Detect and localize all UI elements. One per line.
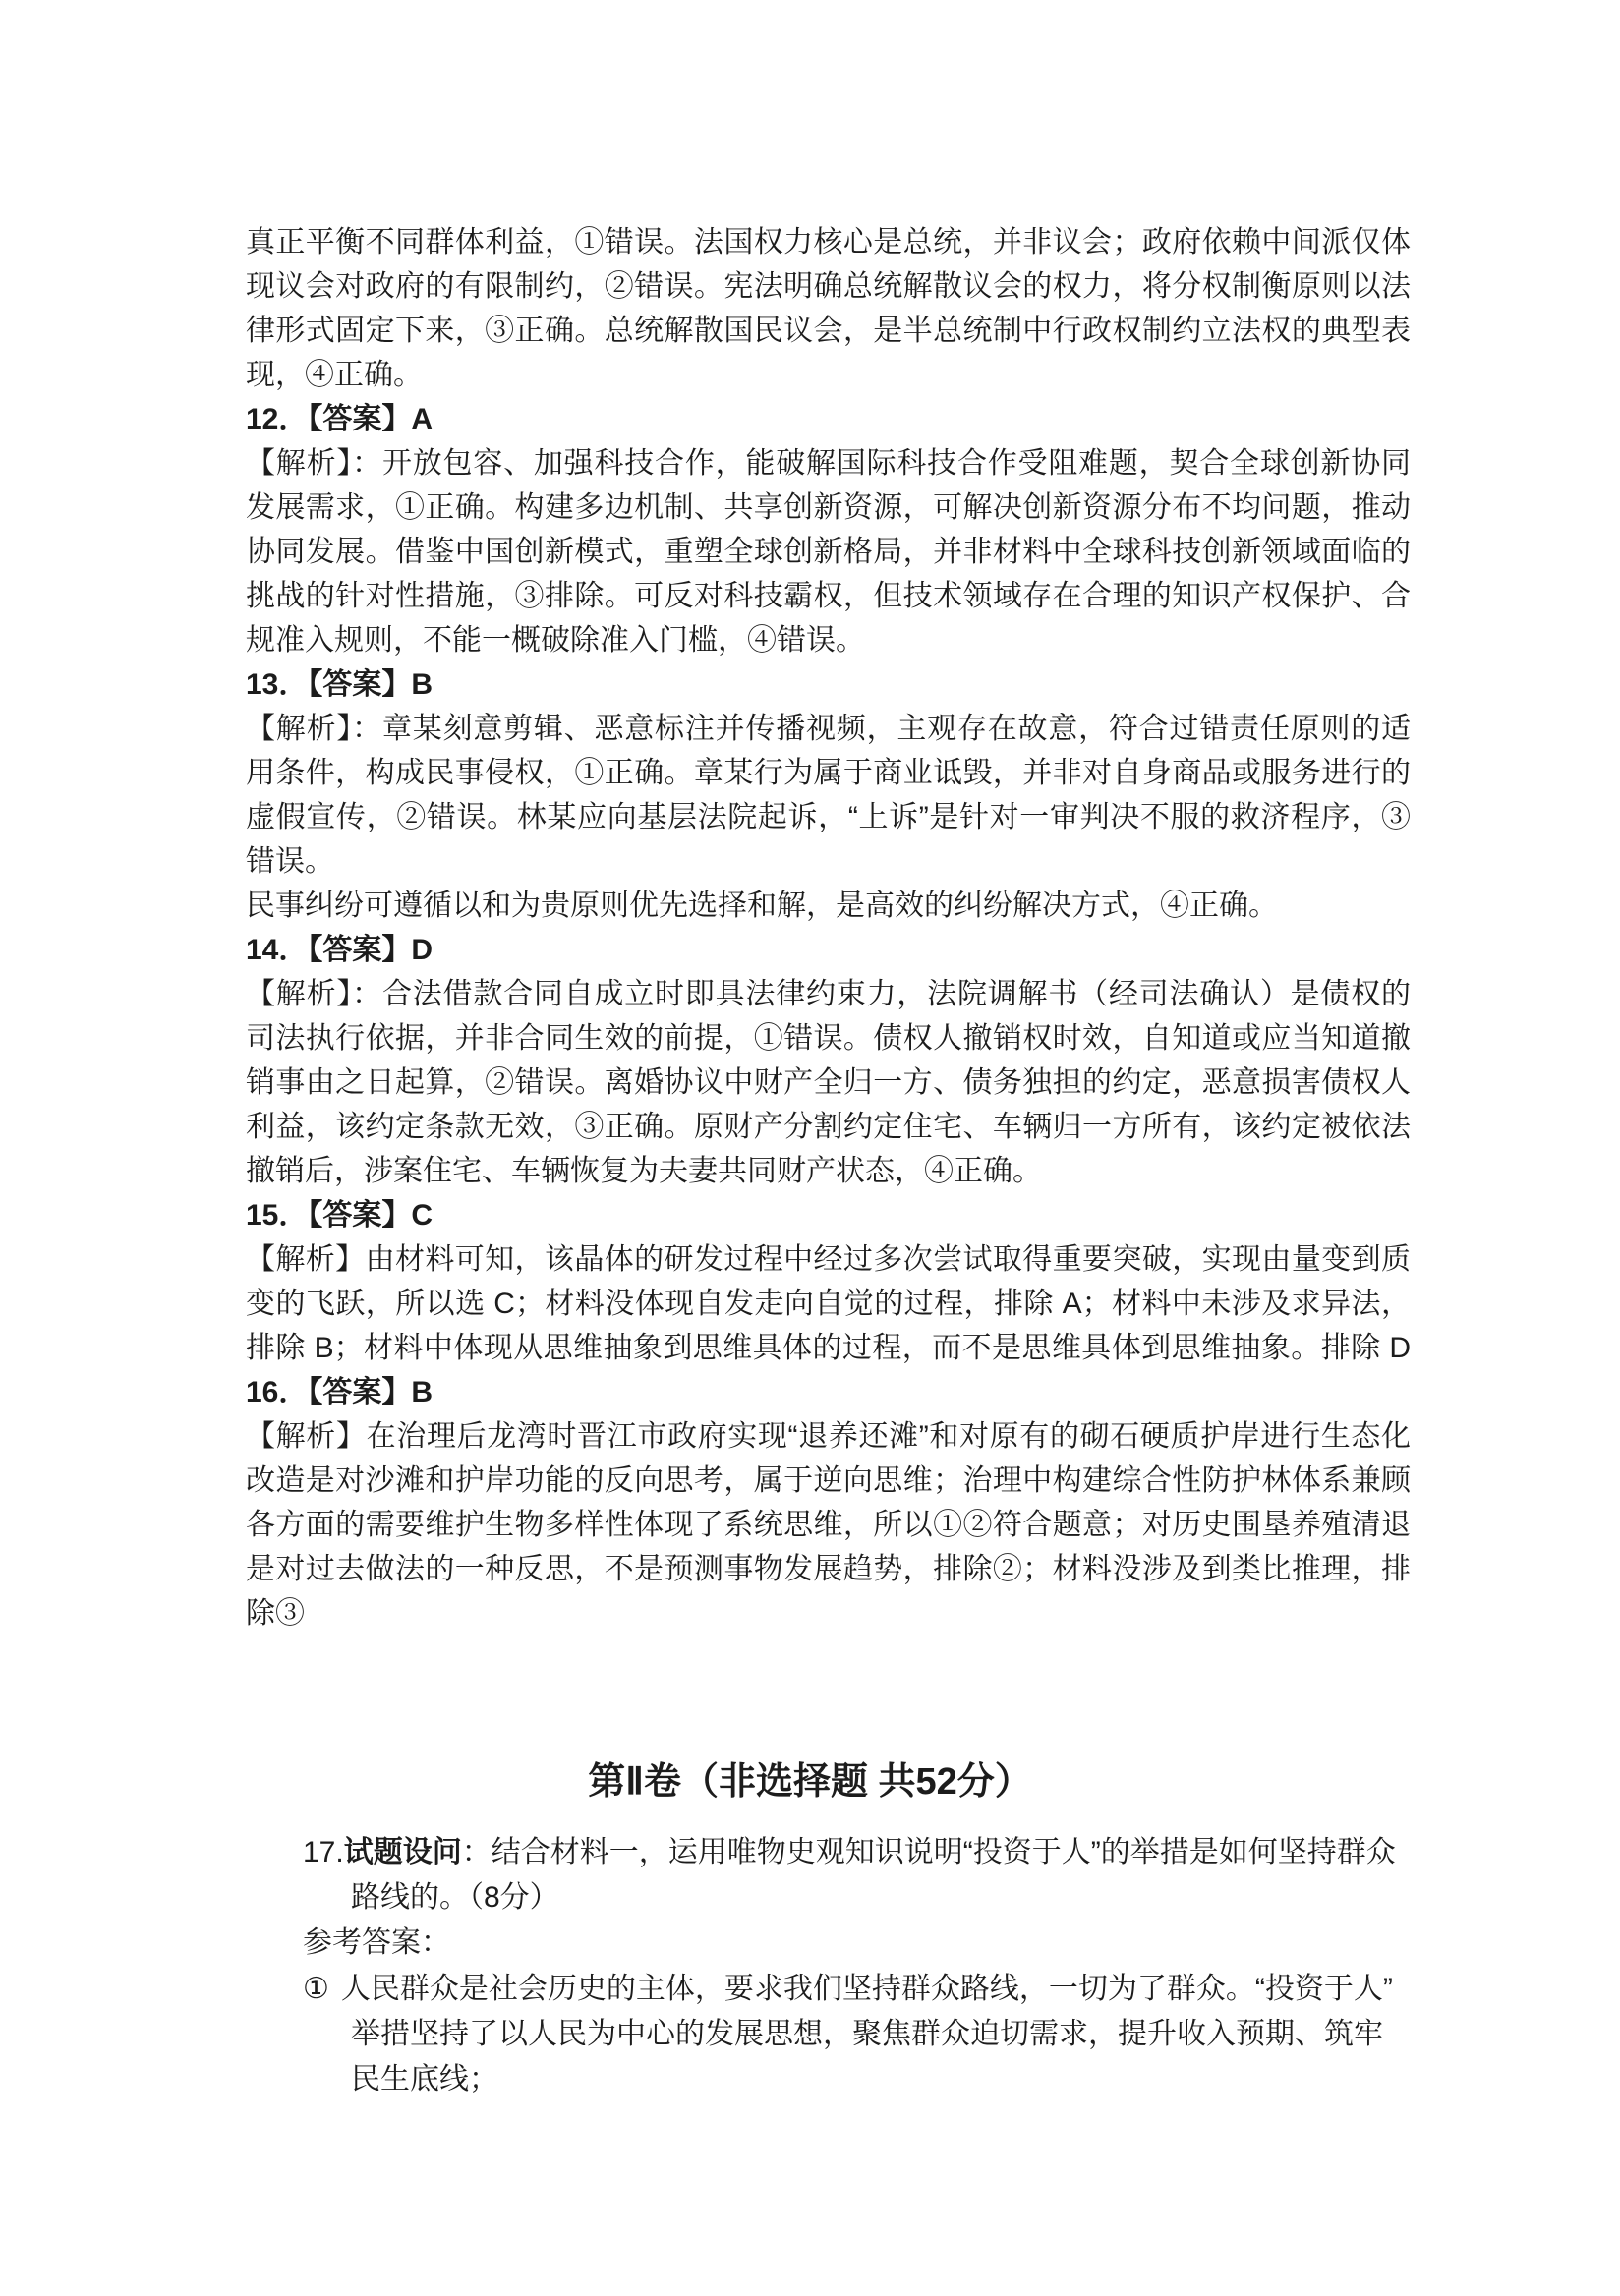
- text-line: 挑战的针对性措施，③排除。可反对科技霸权，但技术领域存在合理的知识产权保护、合: [246, 574, 1411, 618]
- text-line: 规准入规则，不能一概破除准入门槛，④错误。: [246, 618, 1411, 662]
- text-line: 除③: [246, 1591, 1411, 1636]
- text-line: 利益，该约定条款无效，③正确。原财产分割约定住宅、车辆归一方所有，该约定被依法: [246, 1105, 1411, 1149]
- answer-item-1-line2: 举措坚持了以人民为中心的发展思想，聚焦群众迫切需求，提升收入预期、筑牢: [351, 2012, 1383, 2056]
- answer-line: 16．【答案】B: [246, 1370, 1411, 1414]
- text-line: 民事纠纷可遵循以和为贵原则优先选择和解，是高效的纠纷解决方式，④正确。: [246, 884, 1411, 928]
- answer-line: 13．【答案】B: [246, 662, 1411, 707]
- text-line: 各方面的需要维护生物多样性体现了系统思维，所以①②符合题意；对历史围垦养殖清退: [246, 1503, 1411, 1547]
- text-line: 司法执行依据，并非合同生效的前提，①错误。债权人撤销权时效，自知道或应当知道撤: [246, 1016, 1411, 1061]
- text-line: 撤销后，涉案住宅、车辆恢复为夫妻共同财产状态，④正确。: [246, 1149, 1411, 1193]
- question-17-text: ：结合材料一，运用唯物史观知识说明“投资于人”的举措是如何坚持群众: [462, 1836, 1396, 1868]
- question-17-number: 17.: [303, 1836, 344, 1868]
- text-line: 现，④正确。: [246, 353, 1411, 397]
- text-line: 律形式固定下来，③正确。总统解散国民议会，是半总统制中行政权制约立法权的典型表: [246, 309, 1411, 353]
- reference-answer-label: 参考答案：: [303, 1921, 450, 1965]
- question-17-label: 试题设问: [344, 1836, 462, 1868]
- text-line: 改造是对沙滩和护岸功能的反向思考，属于逆向思维；治理中构建综合性防护林体系兼顾: [246, 1459, 1411, 1503]
- answer-line: 15．【答案】C: [246, 1193, 1411, 1237]
- text-line: 协同发展。借鉴中国创新模式，重塑全球创新格局，并非材料中全球科技创新领域面临的: [246, 530, 1411, 574]
- answer-line: 14．【答案】D: [246, 928, 1411, 972]
- answer-item-1-marker: ①: [303, 1967, 329, 2011]
- answer-item-1-line1: ①人民群众是社会历史的主体，要求我们坚持群众路线，一切为了群众。“投资于人”: [303, 1967, 1393, 2011]
- answer-item-1-line3: 民生底线；: [351, 2057, 498, 2101]
- text-line: 【解析】由材料可知，该晶体的研发过程中经过多次尝试取得重要突破，实现由量变到质: [246, 1237, 1411, 1282]
- text-line: 真正平衡不同群体利益，①错误。法国权力核心是总统，并非议会；政府依赖中间派仅体: [246, 220, 1411, 264]
- text-line: 现议会对政府的有限制约，②错误。宪法明确总统解散议会的权力，将分权制衡原则以法: [246, 264, 1411, 309]
- text-line: 用条件，构成民事侵权，①正确。章某行为属于商业诋毁，并非对自身商品或服务进行的: [246, 751, 1411, 795]
- text-line: 是对过去做法的一种反思，不是预测事物发展趋势，排除②；材料没涉及到类比推理，排: [246, 1547, 1411, 1591]
- text-line: 【解析】：章某刻意剪辑、恶意标注并传播视频，主观存在故意，符合过错责任原则的适: [246, 707, 1411, 751]
- text-line: 【解析】在治理后龙湾时晋江市政府实现“退养还滩”和对原有的砌石硬质护岸进行生态化: [246, 1414, 1411, 1459]
- text-line: 变的飞跃，所以选 C；材料没体现自发走向自觉的过程，排除 A；材料中未涉及求异法…: [246, 1282, 1411, 1326]
- text-line: 排除 B；材料中体现从思维抽象到思维具体的过程，而不是思维具体到思维抽象。排除 …: [246, 1326, 1411, 1370]
- answer-item-1-text: 人民群众是社会历史的主体，要求我们坚持群众路线，一切为了群众。“投资于人”: [341, 1973, 1393, 2005]
- answer-line: 12．【答案】A: [246, 397, 1411, 441]
- document-page: 真正平衡不同群体利益，①错误。法国权力核心是总统，并非议会；政府依赖中间派仅体现…: [0, 0, 1620, 2296]
- question-17-line2: 路线的。（8分）: [351, 1875, 559, 1920]
- text-line: 发展需求，①正确。构建多边机制、共享创新资源，可解决创新资源分布不均问题，推动: [246, 486, 1411, 530]
- text-line: 错误。: [246, 839, 1411, 884]
- text-line: 【解析】：合法借款合同自成立时即具法律约束力，法院调解书（经司法确认）是债权的: [246, 972, 1411, 1016]
- section2-heading: 第Ⅱ卷（非选择题 共52分）: [0, 1759, 1620, 1805]
- text-line: 销事由之日起算，②错误。离婚协议中财产全归一方、债务独担的约定，恶意损害债权人: [246, 1061, 1411, 1105]
- question-17-line1: 17.试题设问：结合材料一，运用唯物史观知识说明“投资于人”的举措是如何坚持群众: [303, 1830, 1396, 1874]
- text-line: 【解析】：开放包容、加强科技合作，能破解国际科技合作受阻难题，契合全球创新协同: [246, 441, 1411, 486]
- text-line: 虚假宣传，②错误。林某应向基层法院起诉，“上诉”是针对一审判决不服的救济程序，③: [246, 795, 1411, 839]
- answers-section: 真正平衡不同群体利益，①错误。法国权力核心是总统，并非议会；政府依赖中间派仅体现…: [246, 220, 1411, 1636]
